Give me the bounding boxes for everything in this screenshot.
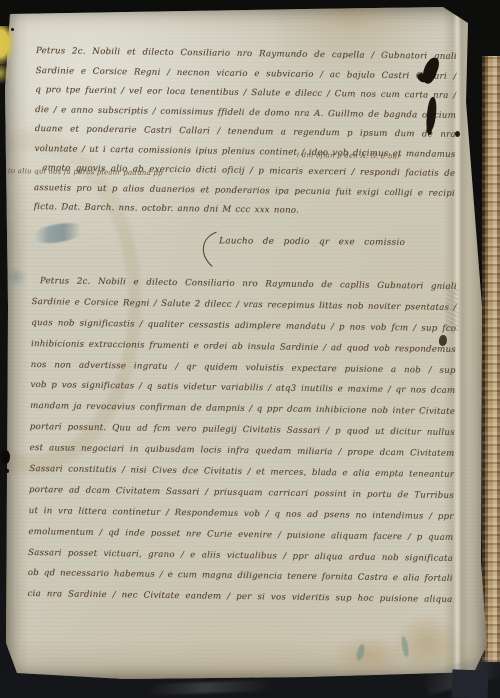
manuscript-page: Petrus 2c. Nobili et dilecto Consiliario… xyxy=(5,7,487,679)
pencil-scribble xyxy=(446,289,459,333)
interline-note: i dni ofian p den A. G. d bar xyxy=(297,151,401,160)
rubric-heading: Laucho de podio qr exe comissio xyxy=(219,236,405,248)
yellow-stain xyxy=(0,26,14,64)
letter-block-1: Petrus 2c. Nobili et dilecto Consiliario… xyxy=(34,42,457,223)
flourish-bracket-icon xyxy=(197,230,219,268)
blue-gray-smudge xyxy=(5,267,27,287)
letter-block-2: Petrus 2c. Nobili e dilecto Consiliario … xyxy=(27,271,457,611)
ink-dot xyxy=(11,28,14,31)
ink-dot xyxy=(455,131,460,137)
book-fore-edge xyxy=(482,56,500,662)
worm-hole-small xyxy=(6,469,9,473)
manuscript-photo: Petrus 2c. Nobili et dilecto Consiliario… xyxy=(0,0,500,698)
backdrop-streak xyxy=(148,680,273,695)
worm-hole xyxy=(1,450,10,464)
backdrop-slate xyxy=(452,669,489,698)
blue-gray-smudge xyxy=(30,220,88,247)
rubric-heading-row: Laucho de podio qr exe comissio xyxy=(197,228,409,270)
margin-note: to aliu qui nos fa pdras pleanr paduna p… xyxy=(8,167,163,177)
yellow-stain xyxy=(0,62,10,84)
